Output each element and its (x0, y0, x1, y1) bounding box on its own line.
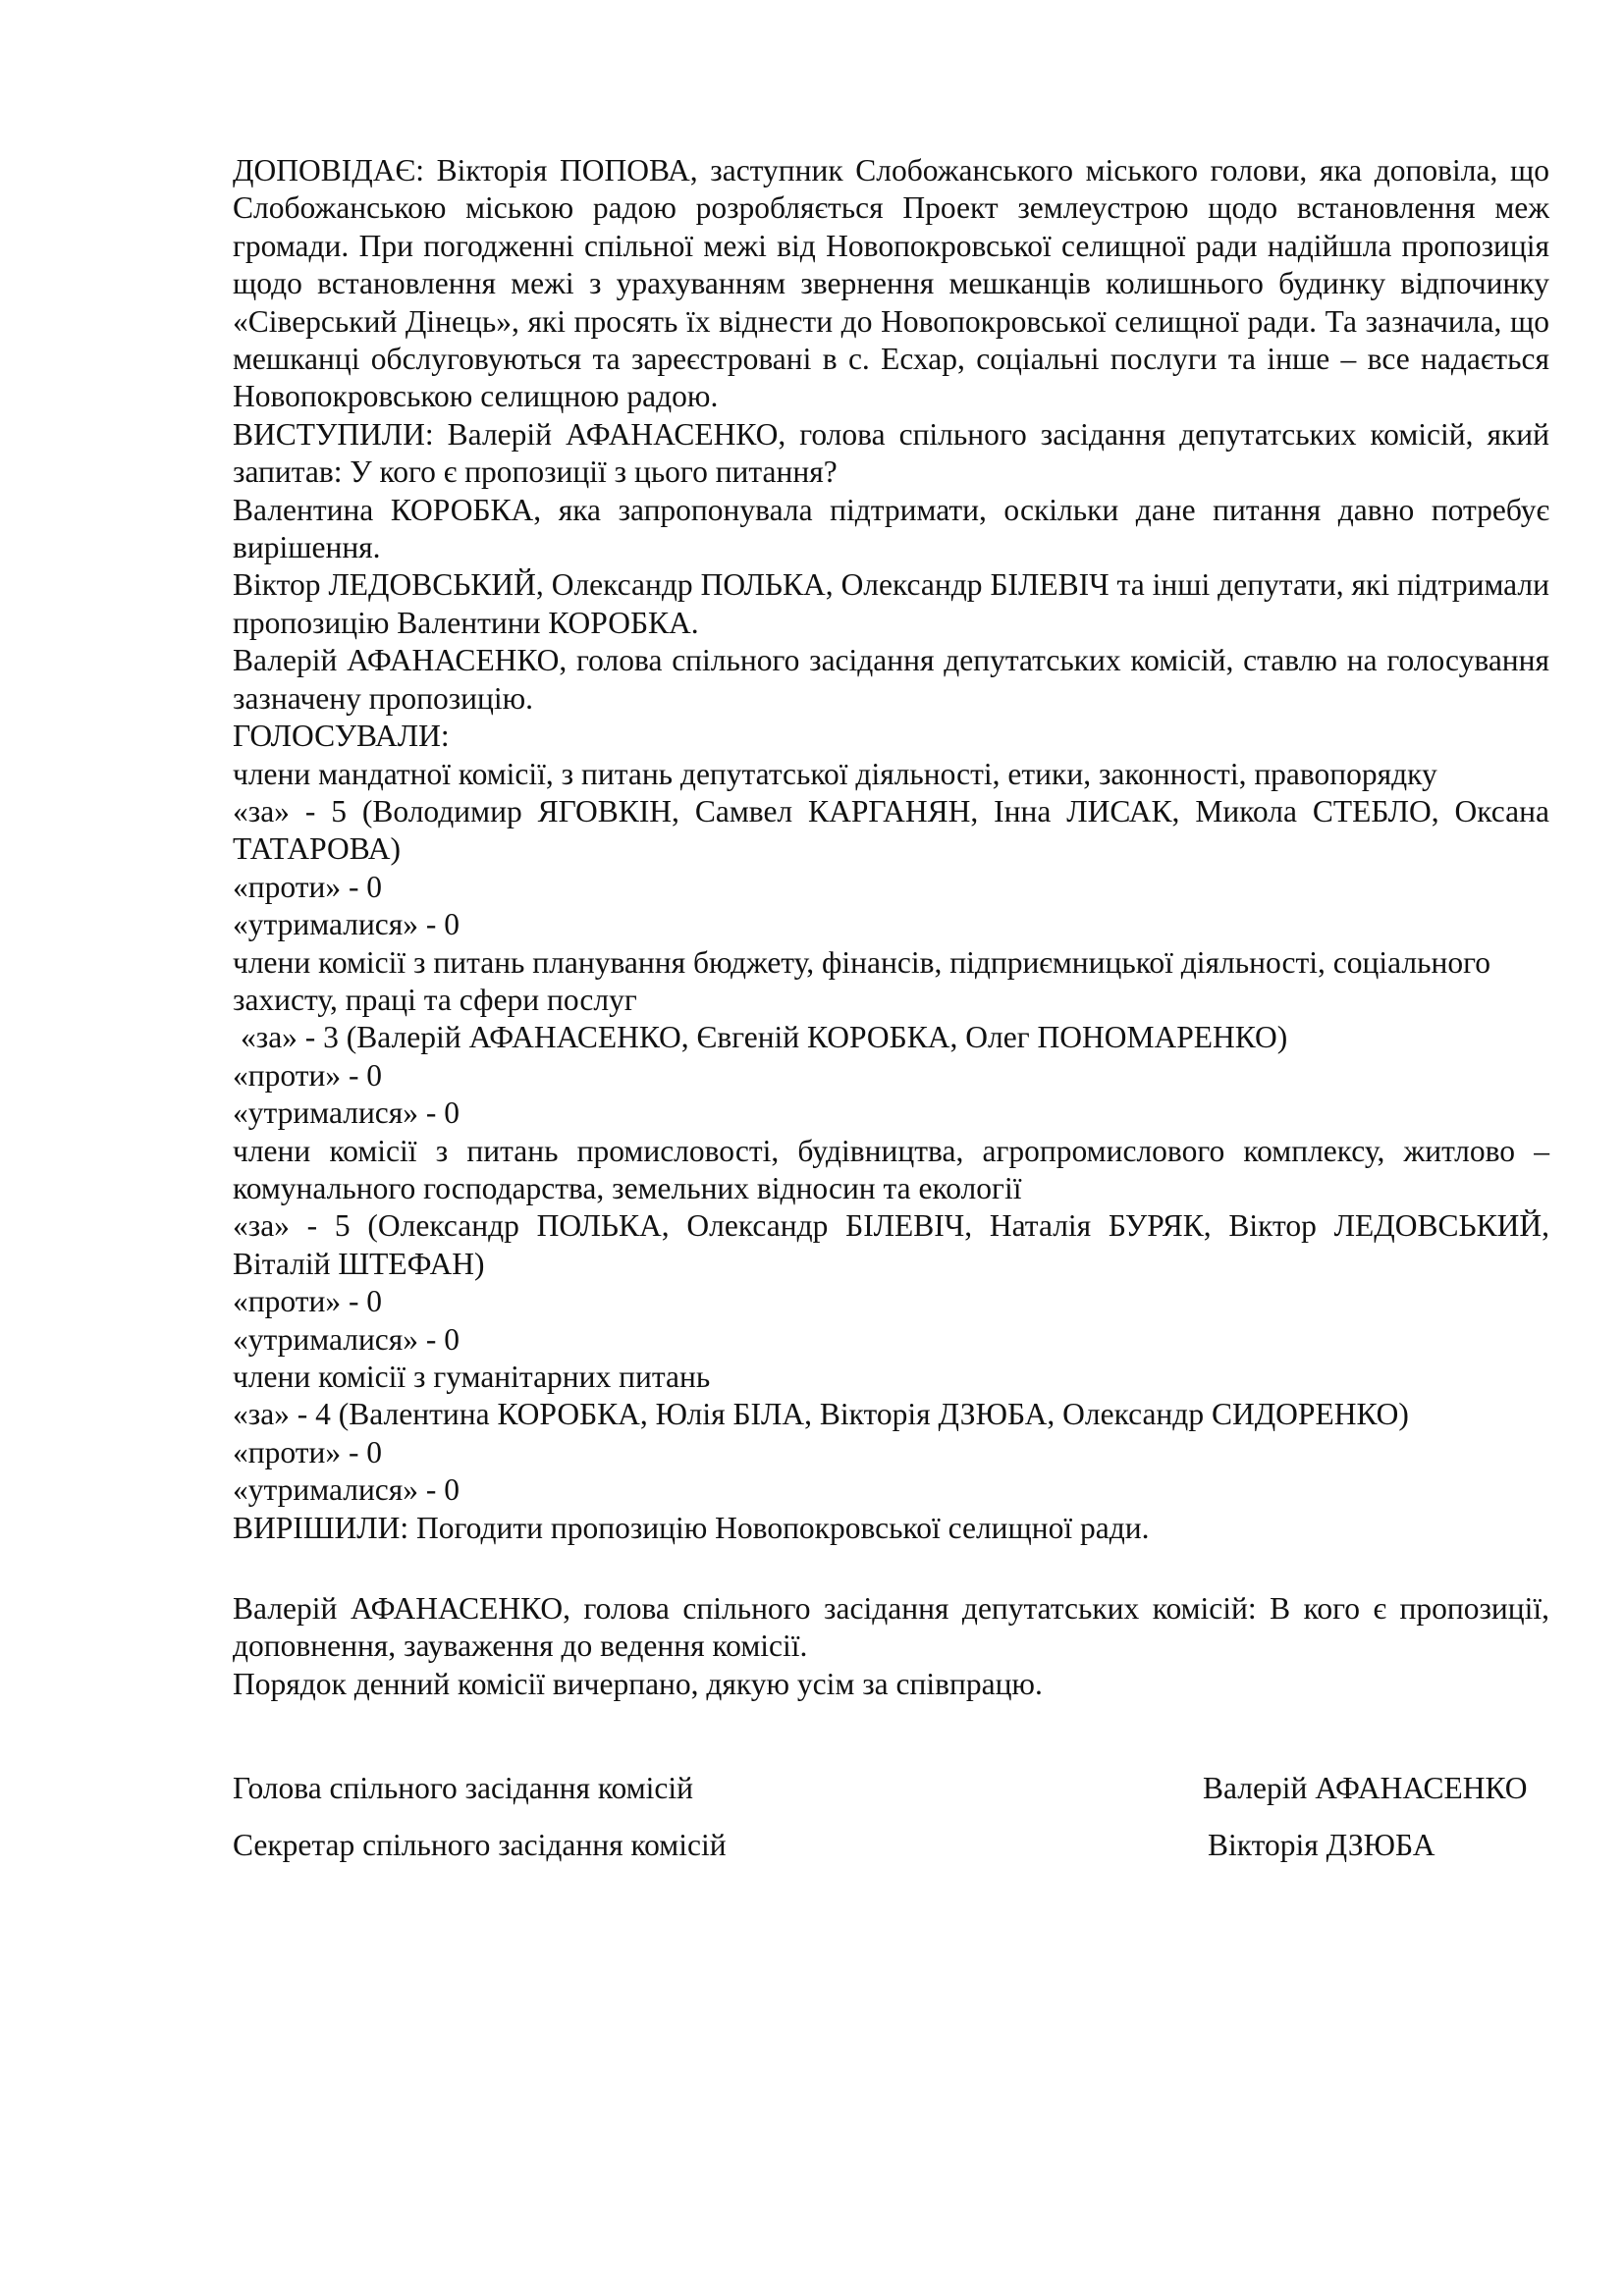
report-paragraph: ДОПОВІДАЄ: Вікторія ПОПОВА, заступник Сл… (233, 152, 1549, 416)
closing-paragraph: Порядок денний комісії вичерпано, дякую … (233, 1666, 1549, 1703)
vote-for: «за» - 4 (Валентина КОРОБКА, Юлія БІЛА, … (233, 1396, 1549, 1433)
committee-name: члени комісії з питань промисловості, бу… (233, 1133, 1549, 1208)
vote-for: «за» - 3 (Валерій АФАНАСЕНКО, Євгеній КО… (233, 1019, 1549, 1056)
speaker-paragraph: Віктор ЛЕДОВСЬКИЙ, Олександр ПОЛЬКА, Оле… (233, 566, 1549, 642)
closing-paragraph: Валерій АФАНАСЕНКО, голова спільного зас… (233, 1590, 1549, 1666)
speaker-paragraph: Валентина КОРОБКА, яка запропонувала під… (233, 492, 1549, 567)
vote-against: «проти» - 0 (233, 1057, 1549, 1095)
speaker-paragraph: ВИСТУПИЛИ: Валерій АФАНАСЕНКО, голова сп… (233, 416, 1549, 492)
vote-abstained: «утрималися» - 0 (233, 906, 1549, 943)
vote-against: «проти» - 0 (233, 1434, 1549, 1471)
vote-abstained: «утрималися» - 0 (233, 1321, 1549, 1359)
committee-name: члени комісії з питань планування бюджет… (233, 944, 1549, 1020)
committee-vote: члени комісії з питань промисловості, бу… (233, 1133, 1549, 1359)
speaker-paragraph: Валерій АФАНАСЕНКО, голова спільного зас… (233, 642, 1549, 718)
signature-role: Голова спільного засідання комісій (233, 1770, 693, 1807)
signature-name: Вікторія ДЗЮБА (1208, 1827, 1435, 1864)
document-body: ДОПОВІДАЄ: Вікторія ПОПОВА, заступник Сл… (233, 152, 1549, 1703)
vote-abstained: «утрималися» - 0 (233, 1095, 1549, 1132)
voting-heading: ГОЛОСУВАЛИ: (233, 718, 1549, 755)
signature-role: Секретар спільного засідання комісій (233, 1827, 727, 1864)
spacer (233, 1547, 1549, 1590)
vote-against: «проти» - 0 (233, 1283, 1549, 1320)
vote-for: «за» - 5 (Олександр ПОЛЬКА, Олександр БІ… (233, 1207, 1549, 1283)
committee-vote: члени комісії з гуманітарних питань «за»… (233, 1359, 1549, 1510)
vote-against: «проти» - 0 (233, 869, 1549, 906)
vote-for: «за» - 5 (Володимир ЯГОВКІН, Самвел КАРГ… (233, 793, 1549, 869)
committee-name: члени комісії з гуманітарних питань (233, 1359, 1549, 1396)
signature-name: Валерій АФАНАСЕНКО (1203, 1770, 1528, 1807)
committee-vote: члени мандатної комісії, з питань депута… (233, 756, 1549, 944)
committee-vote: члени комісії з питань планування бюджет… (233, 944, 1549, 1133)
decision: ВИРІШИЛИ: Погодити пропозицію Новопокров… (233, 1510, 1549, 1547)
committee-name: члени мандатної комісії, з питань депута… (233, 756, 1549, 793)
vote-abstained: «утрималися» - 0 (233, 1471, 1549, 1509)
